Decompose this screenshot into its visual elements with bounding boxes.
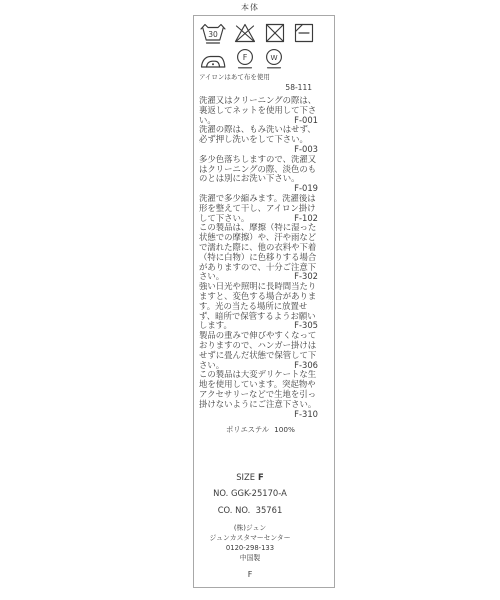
product-info-block: SIZEF NO. GGK-25170-A CO. NO. 35761	[194, 469, 334, 519]
care-symbols-row-1: 30	[194, 22, 334, 44]
size-line: SIZEF	[194, 469, 306, 486]
care-instruction: 製品の重みで伸びやすくなっておりますので、ハンガー掛けはせずに畳んだ状態で保管し…	[199, 331, 318, 370]
care-instruction: 洗濯で多少縮みます。洗濯後は形を整えて干し、アイロン掛けして下さい。F-102	[199, 194, 318, 223]
iron-note: アイロンはあて布を使用	[194, 72, 334, 81]
care-instruction: 洗濯又はクリーニングの際は、裏返してネットを使用して下さい。F-001	[199, 96, 318, 125]
care-instruction: この製品は、摩擦（特に湿った状態での摩擦）や、汗や雨などで濡れた際に、他の衣料や…	[199, 223, 318, 282]
product-number: NO. GGK-25170-A	[194, 485, 306, 502]
country-of-origin: 中国製	[194, 553, 306, 563]
svg-text:F: F	[243, 53, 248, 62]
care-instructions: 洗濯又はクリーニングの際は、裏返してネットを使用して下さい。F-001 洗濯の際…	[194, 96, 334, 419]
care-instruction: 強い日光や照明に長時間当たりますと、変色する場合があります。光の当たる場所に放置…	[199, 282, 318, 331]
iron-low-icon	[200, 52, 226, 69]
attachment-position-label: 本体	[0, 2, 500, 13]
instruction-code: F-102	[294, 214, 318, 224]
instruction-code: F-302	[294, 272, 318, 282]
care-label: 30	[193, 15, 335, 588]
care-symbols-row-2: F W	[194, 48, 334, 69]
company-info-block: (株)ジュン ジュンカスタマーセンター 0120-298-133 中国製	[194, 523, 334, 563]
care-instruction: 洗濯の際は、もみ洗いはせず、必ず押し洗いをして下さい。F-003	[199, 125, 318, 154]
flat-dry-in-shade-icon	[293, 22, 315, 44]
instruction-code: F-003	[294, 145, 318, 155]
svg-text:30: 30	[208, 30, 218, 39]
fiber-composition-row: ポリエステル 100%	[194, 425, 334, 435]
fiber-percent: 100%	[274, 425, 295, 435]
instruction-text: 多少色落ちしますので、洗濯又はクリーニングの際、淡色のものとは別にお洗い下さい。	[199, 155, 316, 184]
wet-clean-w-gentle-icon: W	[264, 48, 284, 69]
phone-number: 0120-298-133	[194, 543, 306, 553]
care-instruction: この製品は大変デリケートな生地を使用しています。突起物やアクセサリーなどで生地を…	[199, 370, 318, 419]
wash-30-gentle-icon: 30	[200, 22, 226, 44]
svg-text:W: W	[270, 53, 277, 62]
instruction-text: 洗濯の際は、もみ洗いはせず、必ず押し洗いをして下さい。	[199, 125, 316, 144]
instruction-code: F-306	[294, 361, 318, 371]
dry-clean-f-gentle-icon: F	[235, 48, 255, 69]
instruction-code: F-001	[294, 116, 318, 126]
company-name: (株)ジュン	[194, 523, 306, 533]
company-order-number: CO. NO. 35761	[194, 502, 306, 519]
instruction-code: F-305	[294, 321, 318, 331]
fiber-material: ポリエステル	[226, 425, 269, 435]
size-label: SIZE	[236, 472, 255, 482]
customer-center: ジュンカスタマーセンター	[194, 533, 306, 543]
do-not-tumble-dry-icon	[264, 22, 286, 44]
instruction-text: この製品は大変デリケートな生地を使用しています。突起物やアクセサリーなどで生地を…	[199, 370, 316, 408]
instruction-code: F-019	[294, 184, 318, 194]
label-code: 58-111	[194, 83, 334, 92]
instruction-code: F-310	[294, 410, 318, 420]
care-label-screenshot: 本体 30	[0, 0, 500, 600]
do-not-bleach-icon	[233, 22, 257, 44]
size-footer-label: F	[194, 570, 334, 579]
size-value: F	[258, 472, 264, 482]
care-instruction: 多少色落ちしますので、洗濯又はクリーニングの際、淡色のものとは別にお洗い下さい。…	[199, 155, 318, 194]
